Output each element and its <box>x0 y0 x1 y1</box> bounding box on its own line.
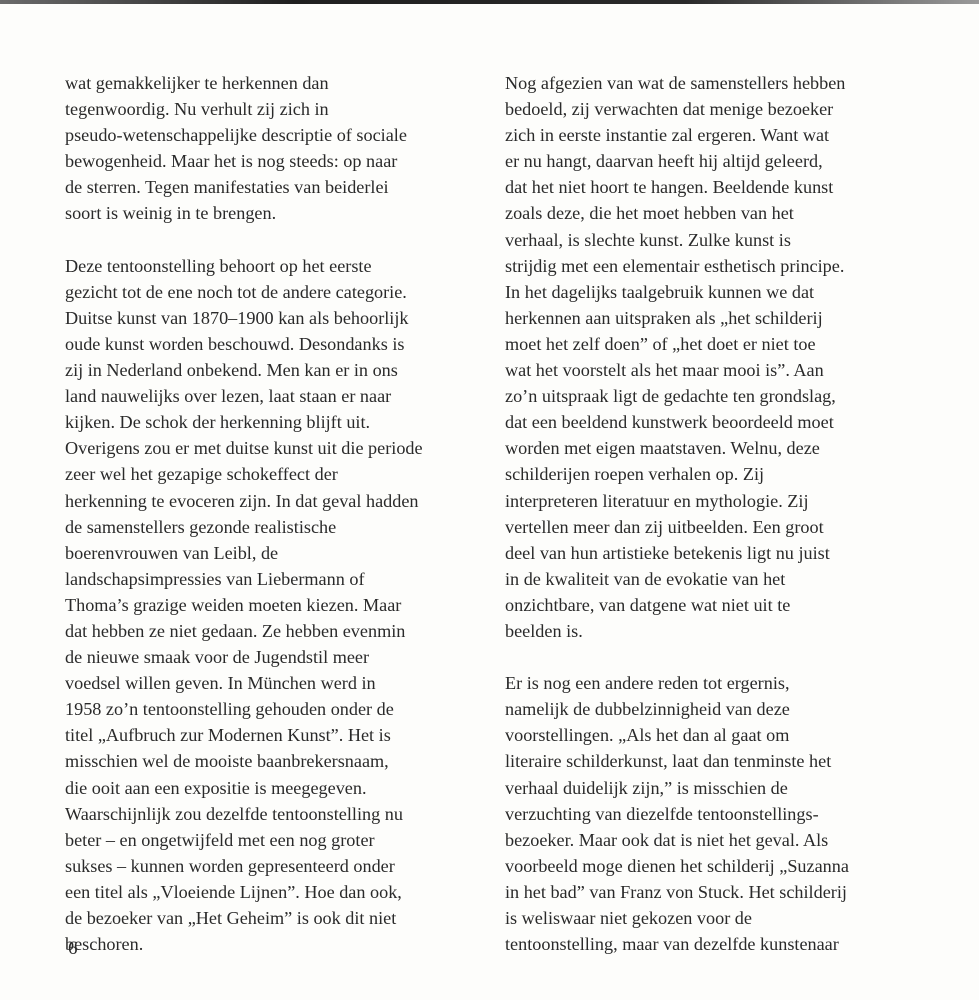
text-line: verzuchting van diezelfde tentoonstellin… <box>505 801 925 827</box>
text-line: in de kwaliteit van de evokatie van het <box>505 566 925 592</box>
text-line: beschoren. <box>65 931 485 957</box>
text-line: wat het voorstelt als het maar mooi is”.… <box>505 357 925 383</box>
text-line: strijdig met een elementair esthetisch p… <box>505 253 925 279</box>
text-line: zo’n uitspraak ligt de gedachte ten gron… <box>505 383 925 409</box>
page-top-edge <box>0 0 979 4</box>
page-number: 6 <box>68 938 78 960</box>
text-line: misschien wel de mooiste baanbrekersnaam… <box>65 748 485 774</box>
text-line: landschapsimpressies van Liebermann of <box>65 566 485 592</box>
text-line: herkenning te evoceren zijn. In dat geva… <box>65 488 485 514</box>
text-line: titel „Aufbruch zur Modernen Kunst”. Het… <box>65 722 485 748</box>
text-line: pseudo-wetenschappelijke descriptie of s… <box>65 122 485 148</box>
text-line: zoals deze, die het moet hebben van het <box>505 200 925 226</box>
text-line: schilderijen roepen verhalen op. Zij <box>505 461 925 487</box>
text-line: bewogenheid. Maar het is nog steeds: op … <box>65 148 485 174</box>
text-line: dat een beeldend kunstwerk beoordeeld mo… <box>505 409 925 435</box>
right-column: Nog afgezien van wat de samenstellers he… <box>505 70 925 957</box>
paragraph-gap <box>65 227 485 253</box>
text-line: moet het zelf doen” of „het doet er niet… <box>505 331 925 357</box>
text-line: dat het niet hoort te hangen. Beeldende … <box>505 174 925 200</box>
text-line: oude kunst worden beschouwd. Desondanks … <box>65 331 485 357</box>
text-line: sukses – kunnen worden gepresenteerd ond… <box>65 853 485 879</box>
text-line: deel van hun artistieke betekenis ligt n… <box>505 540 925 566</box>
text-line: voorstellingen. „Als het dan al gaat om <box>505 722 925 748</box>
text-line: dat hebben ze niet gedaan. Ze hebben eve… <box>65 618 485 644</box>
text-line: beter – en ongetwijfeld met een nog grot… <box>65 827 485 853</box>
text-line: is weliswaar niet gekozen voor de <box>505 905 925 931</box>
text-line: namelijk de dubbelzinnigheid van deze <box>505 696 925 722</box>
text-line: herkennen aan uitspraken als „het schild… <box>505 305 925 331</box>
text-line: interpreteren literatuur en mythologie. … <box>505 488 925 514</box>
text-line: er nu hangt, daarvan heeft hij altijd ge… <box>505 148 925 174</box>
text-line: wat gemakkelijker te herkennen dan <box>65 70 485 96</box>
text-line: een titel als „Vloeiende Lijnen”. Hoe da… <box>65 879 485 905</box>
text-line: die ooit aan een expositie is meegegeven… <box>65 775 485 801</box>
paragraph-gap <box>505 644 925 670</box>
paragraph: Nog afgezien van wat de samenstellers he… <box>505 70 925 644</box>
text-line: literaire schilderkunst, laat dan tenmin… <box>505 748 925 774</box>
text-line: worden met eigen maatstaven. Welnu, deze <box>505 435 925 461</box>
text-line: zeer wel het gezapige schokeffect der <box>65 461 485 487</box>
text-line: de bezoeker van „Het Geheim” is ook dit … <box>65 905 485 931</box>
text-line: boerenvrouwen van Leibl, de <box>65 540 485 566</box>
text-line: tegenwoordig. Nu verhult zij zich in <box>65 96 485 122</box>
text-line: bedoeld, zij verwachten dat menige bezoe… <box>505 96 925 122</box>
text-line: in het bad” van Franz von Stuck. Het sch… <box>505 879 925 905</box>
text-line: beelden is. <box>505 618 925 644</box>
text-line: vertellen meer dan zij uitbeelden. Een g… <box>505 514 925 540</box>
text-line: zij in Nederland onbekend. Men kan er in… <box>65 357 485 383</box>
paragraph: Er is nog een andere reden tot ergernis,… <box>505 670 925 957</box>
text-line: tentoonstelling, maar van dezelfde kunst… <box>505 931 925 957</box>
text-line: kijken. De schok der herkenning blijft u… <box>65 409 485 435</box>
text-line: zich in eerste instantie zal ergeren. Wa… <box>505 122 925 148</box>
paragraph: Deze tentoonstelling behoort op het eers… <box>65 253 485 958</box>
text-line: verhaal, is slechte kunst. Zulke kunst i… <box>505 227 925 253</box>
text-line: Waarschijnlijk zou dezelfde tentoonstell… <box>65 801 485 827</box>
text-line: Thoma’s grazige weiden moeten kiezen. Ma… <box>65 592 485 618</box>
text-line: soort is weinig in te brengen. <box>65 200 485 226</box>
text-line: gezicht tot de ene noch tot de andere ca… <box>65 279 485 305</box>
text-line: Duitse kunst van 1870–1900 kan als behoo… <box>65 305 485 331</box>
text-line: land nauwelijks over lezen, laat staan e… <box>65 383 485 409</box>
text-line: de sterren. Tegen manifestaties van beid… <box>65 174 485 200</box>
text-line: Nog afgezien van wat de samenstellers he… <box>505 70 925 96</box>
left-column: wat gemakkelijker te herkennen dantegenw… <box>65 70 485 957</box>
text-line: voorbeeld moge dienen het schilderij „Su… <box>505 853 925 879</box>
text-line: de nieuwe smaak voor de Jugendstil meer <box>65 644 485 670</box>
text-line: Er is nog een andere reden tot ergernis, <box>505 670 925 696</box>
text-line: onzichtbare, van datgene wat niet uit te <box>505 592 925 618</box>
text-line: In het dagelijks taalgebruik kunnen we d… <box>505 279 925 305</box>
text-line: 1958 zo’n tentoonstelling gehouden onder… <box>65 696 485 722</box>
text-line: Deze tentoonstelling behoort op het eers… <box>65 253 485 279</box>
text-line: de samenstellers gezonde realistische <box>65 514 485 540</box>
text-line: Overigens zou er met duitse kunst uit di… <box>65 435 485 461</box>
paragraph: wat gemakkelijker te herkennen dantegenw… <box>65 70 485 227</box>
text-line: voedsel willen geven. In München werd in <box>65 670 485 696</box>
text-line: bezoeker. Maar ook dat is niet het geval… <box>505 827 925 853</box>
text-line: verhaal duidelijk zijn,” is misschien de <box>505 775 925 801</box>
